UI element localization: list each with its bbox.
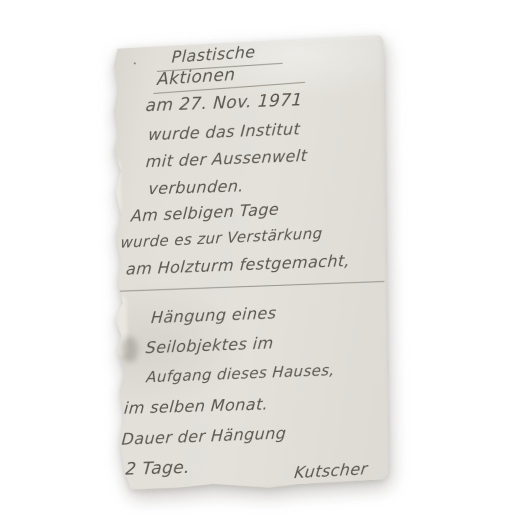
heading-line-1: Plastische [171,42,256,67]
pencil-dot [134,62,136,64]
upper-text-line: wurde es zur Verstärkung [120,224,323,252]
upper-text-line: verbunden. [148,176,245,198]
paper-shadow: Plastische Aktionen am 27. Nov. 1971 wur… [109,35,392,491]
torn-edge-patch [113,161,122,211]
signature: Kutscher [293,459,369,482]
lower-text-line: Seilobjektes im [145,333,274,357]
upper-text-line: mit der Aussenwelt [145,146,308,171]
upper-text-line: Am selbigen Tage [130,199,279,225]
lower-text-line: Aufgang dieses Hauses, [146,361,336,386]
upper-text-line: am Holzturm festgemacht, [125,251,350,279]
heading-line-2: Aktionen [157,65,236,90]
upper-text-line: wurde das Institut [148,119,301,144]
lower-text-line: Hängung eines [150,303,277,327]
lower-text-line: 2 Tage. [125,458,191,480]
lower-text-line: Dauer der Hängung [121,423,287,448]
section-divider-pencil-line [117,281,385,292]
lower-text-line: im selben Monat. [123,394,269,417]
pencil-smudge [122,336,139,362]
upper-text-line: am 27. Nov. 1971 [145,90,303,116]
handwritten-note-paper: Plastische Aktionen am 27. Nov. 1971 wur… [109,35,392,491]
photo-background: Plastische Aktionen am 27. Nov. 1971 wur… [0,0,512,532]
